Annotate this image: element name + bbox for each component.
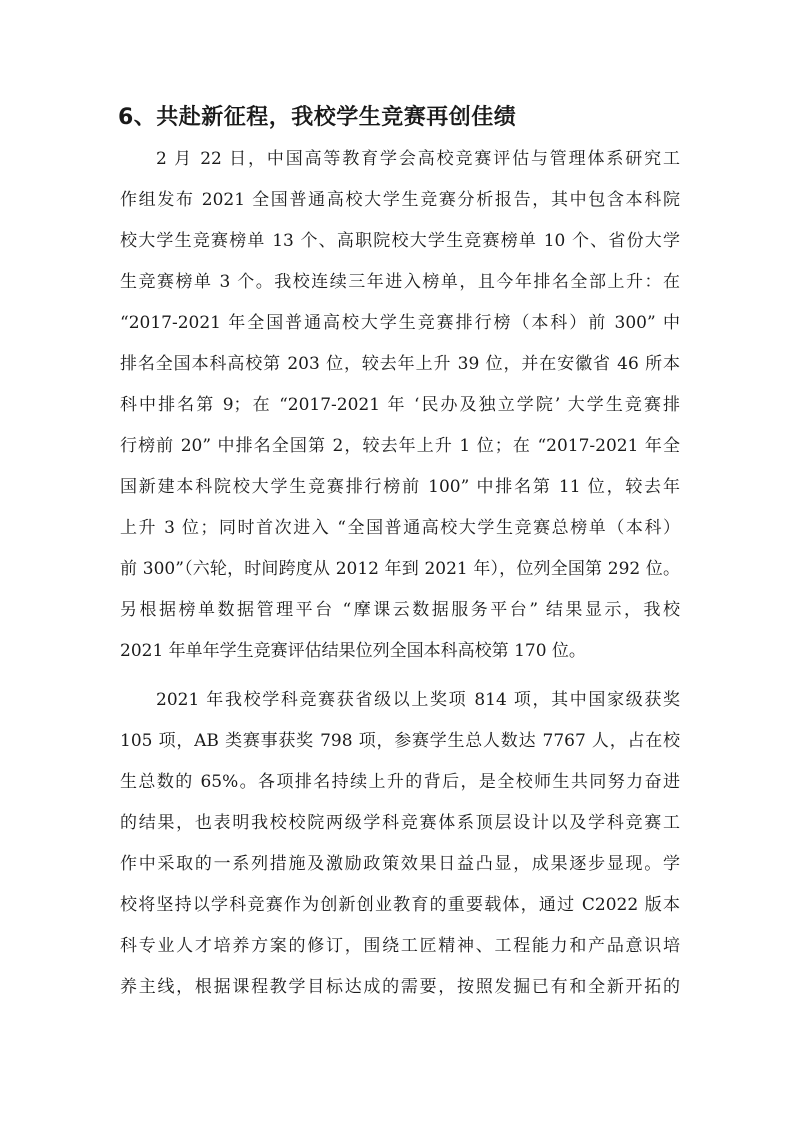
paragraph-award-statistics: 2021 年我校学科竞赛获省级以上奖项 814 项，其中国家级获奖 105 项，… [120, 680, 680, 1008]
text-line: 2 月 22 日，中国高等教育学会高校竞赛评估与管理体系研究工 [120, 139, 680, 180]
paragraph-competition-rankings: 2 月 22 日，中国高等教育学会高校竞赛评估与管理体系研究工 作组发布 202… [120, 139, 680, 672]
text-line: “2017-2021 年全国普通高校大学生竞赛排行榜（本科）前 300” 中 [120, 303, 680, 344]
text-line: 的结果，也表明我校校院两级学科竞赛体系顶层设计以及学科竞赛工 [120, 803, 680, 844]
text-line: 养主线，根据课程教学目标达成的需要，按照发掘已有和全新开拓的 [120, 967, 680, 1008]
text-line: 另根据榜单数据管理平台 “摩课云数据服务平台” 结果显示，我校 [120, 590, 680, 631]
document-page: 6、共赴新征程，我校学生竞赛再创佳绩 2 月 22 日，中国高等教育学会高校竞赛… [0, 0, 800, 1131]
text-line: 2021 年单年学生竞赛评估结果位列全国本科高校第 170 位。 [120, 631, 680, 672]
text-line: 排名全国本科高校第 203 位，较去年上升 39 位，并在安徽省 46 所本 [120, 344, 680, 385]
text-line: 前 300”（六轮，时间跨度从 2012 年到 2021 年），位列全国第 29… [120, 549, 680, 590]
text-line: 科专业人才培养方案的修订，围绕工匠精神、工程能力和产品意识培 [120, 926, 680, 967]
text-line: 2021 年我校学科竞赛获省级以上奖项 814 项，其中国家级获奖 [120, 680, 680, 721]
section-heading: 6、共赴新征程，我校学生竞赛再创佳绩 [118, 102, 718, 134]
text-line: 生总数的 65%。各项排名持续上升的背后，是全校师生共同努力奋进 [120, 762, 680, 803]
text-line: 105 项，AB 类赛事获奖 798 项，参赛学生总人数达 7767 人，占在校 [120, 721, 680, 762]
text-line: 上升 3 位；同时首次进入 “全国普通高校大学生竞赛总榜单（本科） [120, 508, 680, 549]
text-line: 科中排名第 9；在 “2017-2021 年 ‘民办及独立学院’ 大学生竞赛排 [120, 385, 680, 426]
text-line: 校将坚持以学科竞赛作为创新创业教育的重要载体，通过 C2022 版本 [120, 885, 680, 926]
text-line: 国新建本科院校大学生竞赛排行榜前 100” 中排名第 11 位，较去年 [120, 467, 680, 508]
text-line: 行榜前 20” 中排名全国第 2，较去年上升 1 位；在 “2017-2021 … [120, 426, 680, 467]
text-line: 校大学生竞赛榜单 13 个、高职院校大学生竞赛榜单 10 个、省份大学 [120, 221, 680, 262]
text-line: 生竞赛榜单 3 个。我校连续三年进入榜单，且今年排名全部上升：在 [120, 262, 680, 303]
text-line: 作中采取的一系列措施及激励政策效果日益凸显，成果逐步显现。学 [120, 844, 680, 885]
text-line: 作组发布 2021 全国普通高校大学生竞赛分析报告，其中包含本科院 [120, 180, 680, 221]
